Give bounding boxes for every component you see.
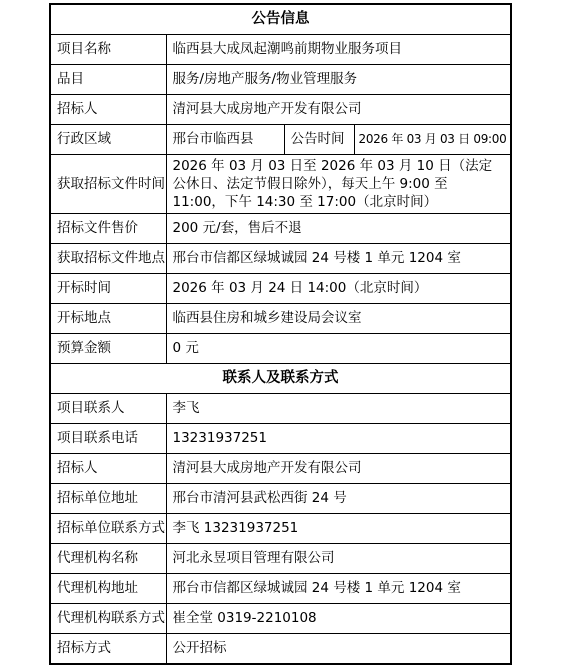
table-row: 招标单位联系方式李飞 13231937251 [50,514,511,544]
table-row: 招标方式公开招标 [50,634,511,665]
table-row: 品目服务/房地产服务/物业管理服务 [50,65,511,95]
table-row: 招标人清河县大成房地产开发有限公司 [50,454,511,484]
field-label: 行政区域 [50,125,166,155]
table-row: 预算金额0 元 [50,334,511,364]
field-label: 项目名称 [50,35,166,65]
field-value: 崔全堂 0319-2210108 [166,604,511,634]
section-title: 联系人及联系方式 [50,364,511,394]
field-value: 李飞 [166,394,511,424]
table-row: 项目联系人李飞 [50,394,511,424]
field-value: 河北永昱项目管理有限公司 [166,544,511,574]
field-value: 邢台市信都区绿城诚园 24 号楼 1 单元 1204 室 [166,574,511,604]
field-label: 招标人 [50,95,166,125]
table-row: 招标单位地址邢台市清河县武松西街 24 号 [50,484,511,514]
table-row: 项目联系电话13231937251 [50,424,511,454]
field-value: 清河县大成房地产开发有限公司 [166,95,511,125]
table-row: 代理机构联系方式崔全堂 0319-2210108 [50,604,511,634]
field-value: 服务/房地产服务/物业管理服务 [166,65,511,95]
field-label: 招标人 [50,454,166,484]
field-value: 临西县大成凤起潮鸣前期物业服务项目 [166,35,511,65]
field-value: 清河县大成房地产开发有限公司 [166,454,511,484]
section-title: 公告信息 [50,4,511,35]
table-row: 代理机构名称河北永昱项目管理有限公司 [50,544,511,574]
field-label: 开标时间 [50,274,166,304]
field-value: 李飞 13231937251 [166,514,511,544]
table-row: 招标人清河县大成房地产开发有限公司 [50,95,511,125]
table-row: 公告信息 [50,4,511,35]
announcement-table-body: 公告信息项目名称临西县大成凤起潮鸣前期物业服务项目品目服务/房地产服务/物业管理… [50,4,511,664]
field-label: 获取招标文件时间 [50,155,166,214]
field-label: 招标单位地址 [50,484,166,514]
field-label: 公告时间 [284,125,354,155]
field-label: 预算金额 [50,334,166,364]
field-label: 代理机构名称 [50,544,166,574]
field-value: 2026 年 03 月 03 日至 2026 年 03 月 10 日（法定公休日… [166,155,511,214]
field-value: 2026 年 03 月 03 日 09:00 [354,125,511,155]
table-row: 代理机构地址邢台市信都区绿城诚园 24 号楼 1 单元 1204 室 [50,574,511,604]
field-value: 200 元/套，售后不退 [166,214,511,244]
field-label: 代理机构联系方式 [50,604,166,634]
field-value: 2026 年 03 月 24 日 14:00（北京时间） [166,274,511,304]
table-row: 开标时间2026 年 03 月 24 日 14:00（北京时间） [50,274,511,304]
field-label: 招标方式 [50,634,166,665]
table-row: 获取招标文件时间2026 年 03 月 03 日至 2026 年 03 月 10… [50,155,511,214]
field-value: 13231937251 [166,424,511,454]
field-label: 项目联系人 [50,394,166,424]
field-value: 邢台市信都区绿城诚园 24 号楼 1 单元 1204 室 [166,244,511,274]
field-value: 邢台市清河县武松西街 24 号 [166,484,511,514]
field-value: 公开招标 [166,634,511,665]
field-label: 开标地点 [50,304,166,334]
field-label: 获取招标文件地点 [50,244,166,274]
table-row: 项目名称临西县大成凤起潮鸣前期物业服务项目 [50,35,511,65]
announcement-table: 公告信息项目名称临西县大成凤起潮鸣前期物业服务项目品目服务/房地产服务/物业管理… [49,3,512,665]
table-row: 行政区域邢台市临西县公告时间2026 年 03 月 03 日 09:00 [50,125,511,155]
field-value: 0 元 [166,334,511,364]
table-row: 获取招标文件地点邢台市信都区绿城诚园 24 号楼 1 单元 1204 室 [50,244,511,274]
field-label: 招标文件售价 [50,214,166,244]
table-row: 招标文件售价200 元/套，售后不退 [50,214,511,244]
field-label: 品目 [50,65,166,95]
field-value: 临西县住房和城乡建设局会议室 [166,304,511,334]
field-label: 项目联系电话 [50,424,166,454]
table-row: 开标地点临西县住房和城乡建设局会议室 [50,304,511,334]
table-row: 联系人及联系方式 [50,364,511,394]
announcement-page: 公告信息项目名称临西县大成凤起潮鸣前期物业服务项目品目服务/房地产服务/物业管理… [49,3,512,665]
field-value: 邢台市临西县 [166,125,284,155]
field-label: 招标单位联系方式 [50,514,166,544]
field-label: 代理机构地址 [50,574,166,604]
